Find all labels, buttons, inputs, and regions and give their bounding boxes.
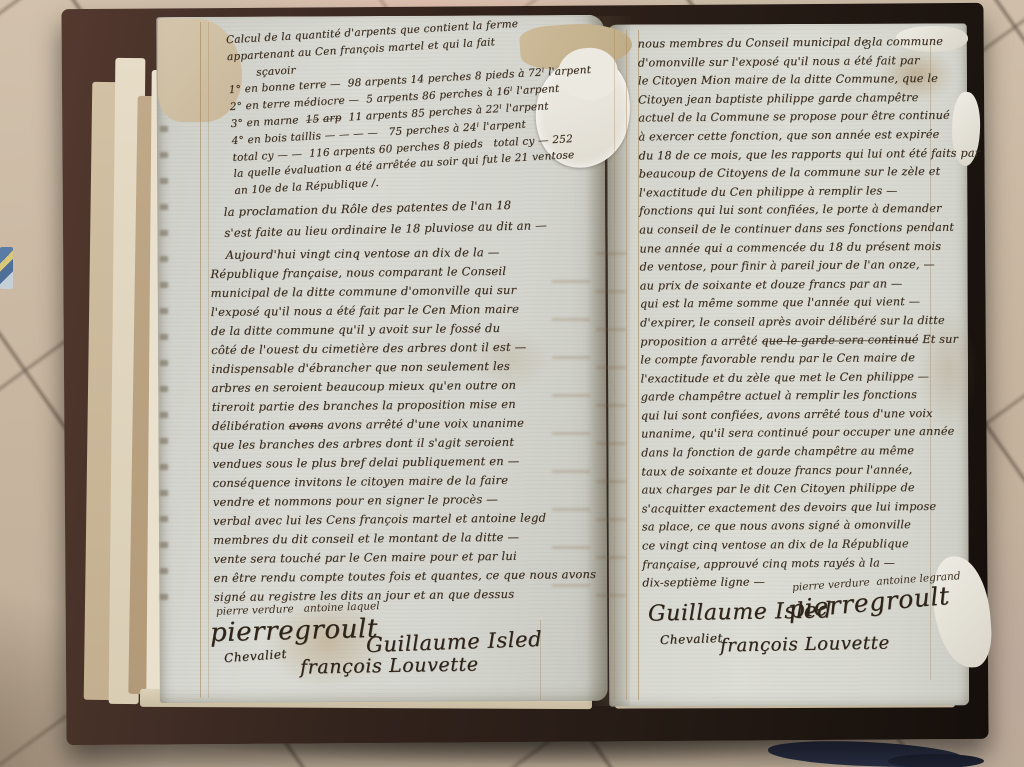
margin-rule-line — [208, 22, 209, 698]
manuscript-line: le Citoyen Mion maire de la ditte Commun… — [638, 70, 980, 92]
manuscript-line: s'acquitter exactement des devoirs que l… — [642, 497, 984, 519]
signature-guillaume-isled: Guillaume Isled — [648, 598, 833, 626]
margin-rule-line — [614, 30, 615, 700]
signature-francois-louvette: françois Louvette — [300, 653, 479, 678]
photo-of-open-manuscript-register: Calcul de la quantité d'arpents que cont… — [0, 0, 1024, 767]
left-page-deliberation-block: Aujourd'hui vingt cinq ventose an dix de… — [210, 242, 596, 607]
manuscript-line: à exercer cette fonction, que son année … — [638, 125, 980, 147]
margin-rule-line — [200, 22, 201, 698]
manuscript-line: de ventose, pour finir à pareil jour de … — [640, 256, 982, 278]
signature-francois-louvette: françois Louvette — [720, 633, 890, 657]
manuscript-line: unanime, qu'il sera continué pour occupe… — [641, 423, 983, 445]
manuscript-line: au conseil de le continuer dans ses fonc… — [639, 218, 981, 240]
left-page-proclamation-block: la proclamation du Rôle des patentes de … — [224, 194, 548, 244]
frayed-page-edge — [160, 120, 168, 600]
manuscript-line: verbal avec lui les Cens françois martel… — [213, 508, 596, 531]
signature-pierregroult: pierregroult — [210, 614, 379, 648]
manuscript-line: nous membres du Conseil municipal de la … — [638, 33, 980, 55]
dark-object-bottom-right-2 — [888, 754, 984, 767]
margin-rule-line — [626, 30, 627, 700]
manuscript-line: proposition a arrêté q̶u̶e̶ ̶l̶e̶ ̶g̶a̶r… — [640, 330, 982, 352]
manuscript-line: en être rendu compte toutes fois et quan… — [214, 565, 597, 588]
signature-chevaliet: Chevaliet — [660, 631, 723, 647]
right-page-deliberation-block: nous membres du Conseil municipal de la … — [638, 33, 984, 594]
manuscript-line: beaucoup de Citoyens de la commune sur l… — [639, 163, 981, 185]
manuscript-line: d'expirer, le conseil après avoir délibé… — [640, 311, 982, 333]
left-page-calculation-block: Calcul de la quantité d'arpents que cont… — [226, 12, 598, 200]
decorative-tile-fragment — [0, 247, 13, 289]
